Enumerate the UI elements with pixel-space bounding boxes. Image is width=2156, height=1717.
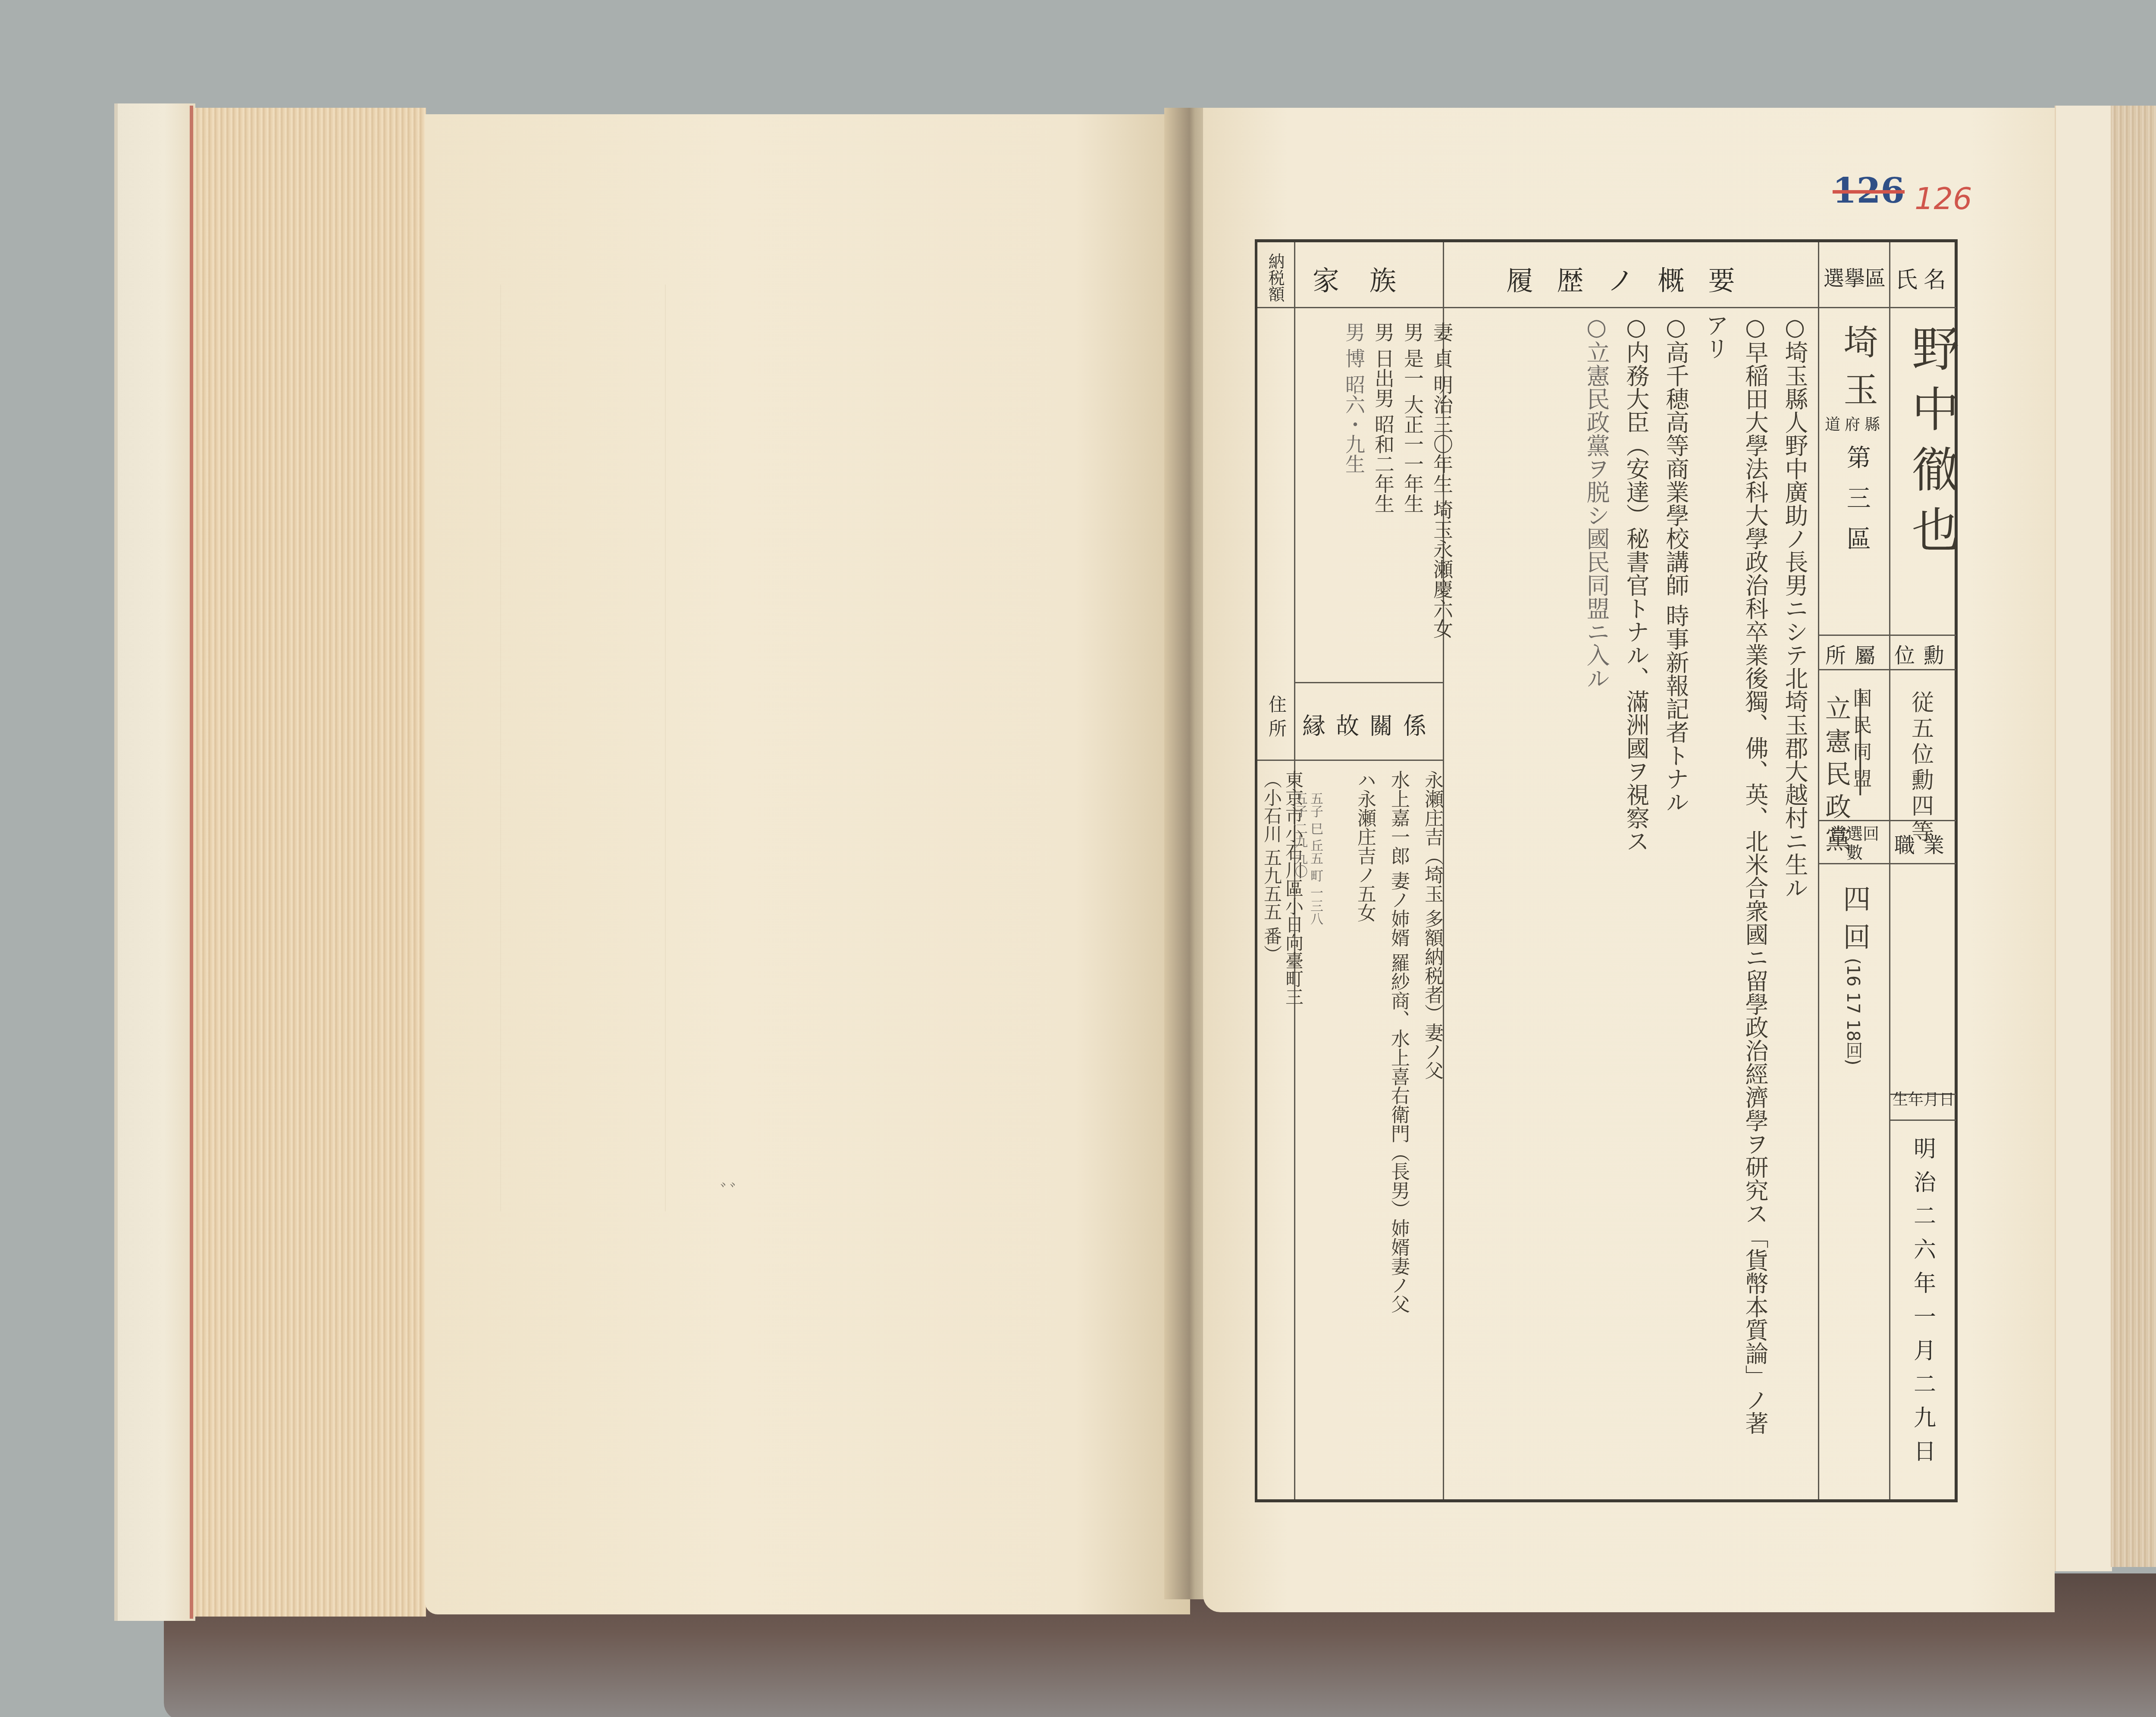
family-entry: 妻 貞 明治三〇年生 埼玉永瀬慶六女 — [1427, 322, 1457, 676]
page-number-printed: 126 — [1833, 170, 1905, 211]
header-times-elected: 當選回數 — [1822, 824, 1887, 862]
relations-list: 永瀬庄吉（埼玉 多額納税者）妻ノ父 水上嘉一郎 妻ノ姉婿 羅紗商、水上喜右衛門（… — [1348, 770, 1449, 1331]
header-affiliation: 所屬 — [1820, 639, 1889, 669]
rank-header-top-line — [1818, 635, 1956, 636]
career-entry: ○立憲民政黨ヲ脱シ國民同盟ニ入ル — [1576, 313, 1616, 1456]
family-entry: 男 是一 大正一一年生 — [1398, 322, 1427, 676]
times-elected-note: (16 17 18回) — [1844, 958, 1862, 1065]
header-occupation: 職業 — [1891, 829, 1956, 858]
address-line: （小石川 五九五五 番） — [1261, 770, 1282, 1331]
header-constituency: 選擧區 — [1820, 262, 1889, 291]
occupation-header-top-line — [1818, 820, 1956, 821]
left-page-show-through-frame — [500, 285, 666, 1211]
header-career-summary: 履歴ノ概要 — [1451, 260, 1814, 298]
relations-entry: 水上嘉一郎 妻ノ姉婿 羅紗商、水上喜右衛門（長男）姉婿妻ノ父ハ永瀬庄吉ノ五女 — [1348, 770, 1415, 1331]
occupation-header-bottom-line — [1818, 863, 1956, 864]
header-rank-honors: 位勳 — [1891, 639, 1956, 669]
address-annotation: 五子 巳 丘五 町 一三八 — [1307, 792, 1323, 1309]
family-list: 妻 貞 明治三〇年生 埼玉永瀬慶六女 男 是一 大正一一年生 男 日出男 昭和二… — [1339, 322, 1457, 676]
career-entry: ○埼玉縣人野中廣助ノ長男ニシテ北埼玉郡大越村ニ生ル — [1775, 313, 1814, 1456]
header-address: 住所 — [1267, 695, 1286, 743]
page-number-handwritten: 126 — [1915, 181, 1972, 216]
header-name: 氏名 — [1891, 262, 1956, 294]
career-summary-list: ○埼玉縣人野中廣助ノ長男ニシテ北埼玉郡大越村ニ生ル ○早稲田大學法科大學政治科卒… — [1576, 313, 1814, 1456]
header-relations: 縁故關係 — [1298, 708, 1441, 741]
left-book-cover — [114, 103, 195, 1621]
address-header-bottom-line — [1257, 760, 1294, 761]
header-row-line — [1257, 307, 1956, 308]
times-elected-value: 四回 — [1839, 885, 1868, 960]
left-cover-red-edge — [190, 106, 193, 1619]
divider-constituency — [1889, 242, 1890, 1499]
relations-entry: 永瀬庄吉（埼玉 多額納税者）妻ノ父 — [1415, 770, 1449, 1331]
rank-header-bottom-line — [1818, 669, 1956, 670]
left-page-stray-mark: ﾞﾞ — [720, 1177, 739, 1204]
career-entry: ○内務大臣（安達）秘書官トナル、滿洲國ヲ視察ス — [1616, 313, 1656, 1456]
relations-header-bottom-line — [1294, 760, 1443, 761]
member-name: 野中徹也 — [1906, 324, 1956, 566]
header-tax-amount: 納税額 — [1266, 253, 1283, 302]
constituency-prefecture: 埼玉 — [1839, 324, 1876, 419]
header-birth-date: 生年月日 — [1891, 1094, 1956, 1107]
career-entry: ○高千穂高等商業學校講師 時事新報記者トナル — [1656, 313, 1695, 1456]
left-page-edges — [193, 108, 426, 1617]
record-form: 納税額 家族 履歴ノ概要 選擧區 氏名 野中徹也 埼玉 道府縣 第三區 所屬 位… — [1255, 239, 1958, 1502]
address-annotation: 五子 二九 九〇 — [1292, 792, 1307, 1309]
birth-date-value: 明治二六年一月二九日 — [1911, 1137, 1934, 1473]
family-entry: 男 日出男 昭和二年生 — [1369, 322, 1398, 676]
divider-career — [1818, 242, 1819, 1499]
career-entry: ○早稲田大學法科大學政治科卒業後獨、佛、英、北米合衆國ニ留學政治經濟學ヲ研究ス「… — [1695, 313, 1775, 1456]
birth-header-bottom-line — [1889, 1120, 1956, 1121]
family-section-bottom-line — [1294, 682, 1443, 683]
affiliation-struck-value: 国民同盟 — [1850, 688, 1870, 795]
constituency-suffix-options: 道府縣 — [1822, 413, 1887, 435]
header-family: 家族 — [1300, 260, 1438, 298]
constituency-district: 第三區 — [1844, 445, 1869, 566]
family-entry: 男 博 昭六・九生 — [1339, 322, 1369, 676]
rank-honors-value: 従五位勳四等 — [1908, 691, 1932, 846]
right-page-margin-strip — [2055, 106, 2112, 1571]
address-annotations: 五子 巳 丘五 町 一三八 五子 二九 九〇 — [1292, 792, 1323, 1309]
right-page-edges — [2111, 106, 2156, 1567]
